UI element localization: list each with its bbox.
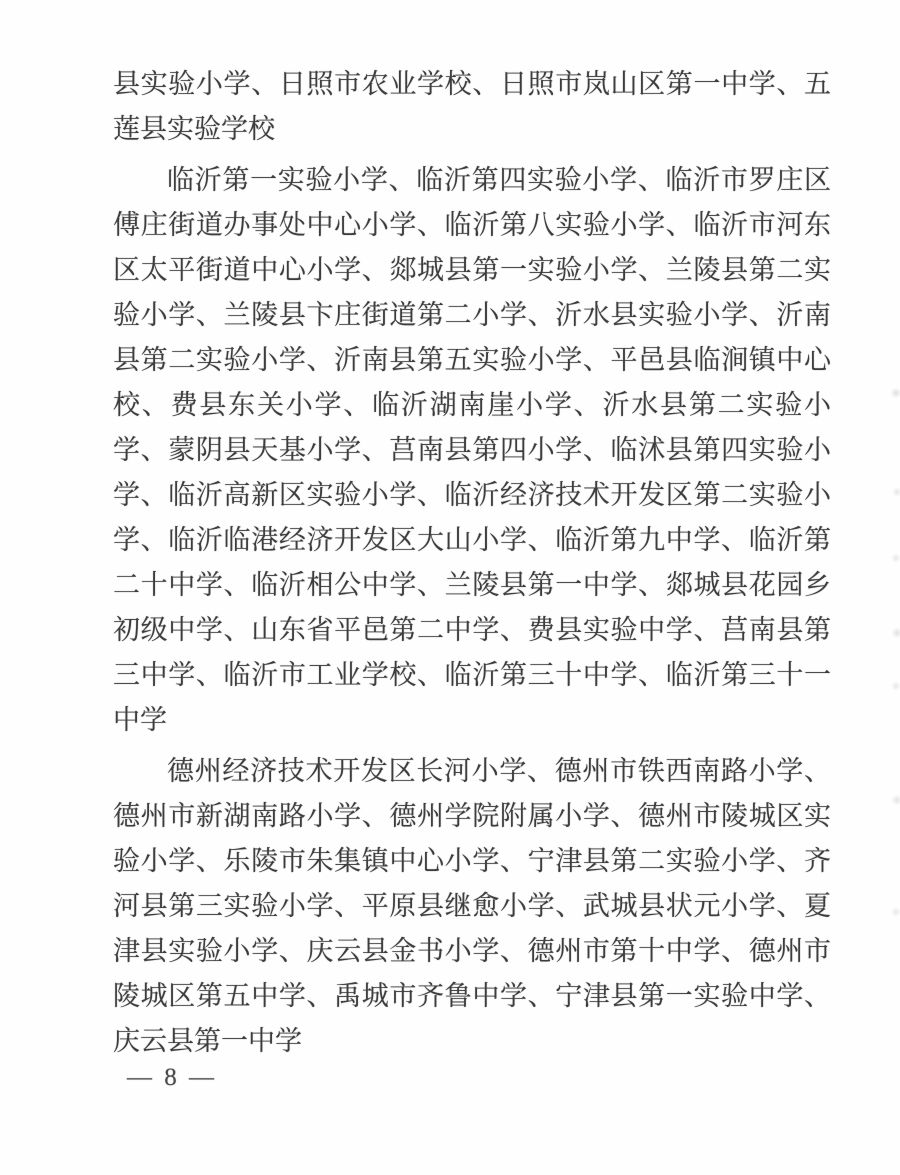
text-line: 校、费县东关小学、临沂湖南崖小学、沂水县第二实验小 — [113, 383, 831, 428]
page-number: — 8 — — [127, 1064, 217, 1091]
text-line: 初级中学、山东省平邑第二中学、费县实验中学、莒南县第 — [113, 608, 831, 653]
text-line: 二十中学、临沂相公中学、兰陵县第一中学、郯城县花园乡 — [113, 563, 831, 608]
text-line: 验小学、兰陵县卞庄街道第二小学、沂水县实验小学、沂南 — [113, 293, 831, 338]
text-line: 三中学、临沂市工业学校、临沂第三十中学、临沂第三十一 — [113, 653, 831, 698]
text-line: 学、蒙阴县天基小学、莒南县第四小学、临沭县第四实验小 — [113, 428, 831, 473]
text-line: 县实验小学、日照市农业学校、日照市岚山区第一中学、五 — [113, 62, 831, 107]
text-line: 中学 — [113, 698, 831, 743]
text-line: 德州经济技术开发区长河小学、德州市铁西南路小学、 — [113, 749, 831, 794]
page-footer: — 8 — — [127, 1058, 217, 1098]
document-page: 县实验小学、日照市农业学校、日照市岚山区第一中学、五 莲县实验学校 临沂第一实验… — [0, 0, 900, 1175]
text-line: 德州市新湖南路小学、德州学院附属小学、德州市陵城区实 — [113, 794, 831, 839]
paragraph-rizhao-schools: 县实验小学、日照市农业学校、日照市岚山区第一中学、五 莲县实验学校 — [113, 62, 831, 152]
text-line: 临沂第一实验小学、临沂第四实验小学、临沂市罗庄区 — [113, 158, 831, 203]
scan-artifact-smudges — [882, 0, 900, 1175]
paragraph-linyi-schools: 临沂第一实验小学、临沂第四实验小学、临沂市罗庄区 傅庄街道办事处中心小学、临沂第… — [113, 158, 831, 743]
text-line: 陵城区第五中学、禹城市齐鲁中学、宁津县第一实验中学、 — [113, 974, 831, 1019]
text-line: 区太平街道中心小学、郯城县第一实验小学、兰陵县第二实 — [113, 248, 831, 293]
text-line: 学、临沂高新区实验小学、临沂经济技术开发区第二实验小 — [113, 473, 831, 518]
text-line: 学、临沂临港经济开发区大山小学、临沂第九中学、临沂第 — [113, 518, 831, 563]
text-line: 傅庄街道办事处中心小学、临沂第八实验小学、临沂市河东 — [113, 203, 831, 248]
text-line: 津县实验小学、庆云县金书小学、德州市第十中学、德州市 — [113, 929, 831, 974]
text-line: 验小学、乐陵市朱集镇中心小学、宁津县第二实验小学、齐 — [113, 839, 831, 884]
text-line: 庆云县第一中学 — [113, 1019, 831, 1064]
document-body: 县实验小学、日照市农业学校、日照市岚山区第一中学、五 莲县实验学校 临沂第一实验… — [113, 62, 831, 1064]
text-line: 县第二实验小学、沂南县第五实验小学、平邑县临涧镇中心 — [113, 338, 831, 383]
text-line: 河县第三实验小学、平原县继愈小学、武城县状元小学、夏 — [113, 884, 831, 929]
paragraph-dezhou-schools: 德州经济技术开发区长河小学、德州市铁西南路小学、 德州市新湖南路小学、德州学院附… — [113, 749, 831, 1064]
text-line: 莲县实验学校 — [113, 107, 831, 152]
